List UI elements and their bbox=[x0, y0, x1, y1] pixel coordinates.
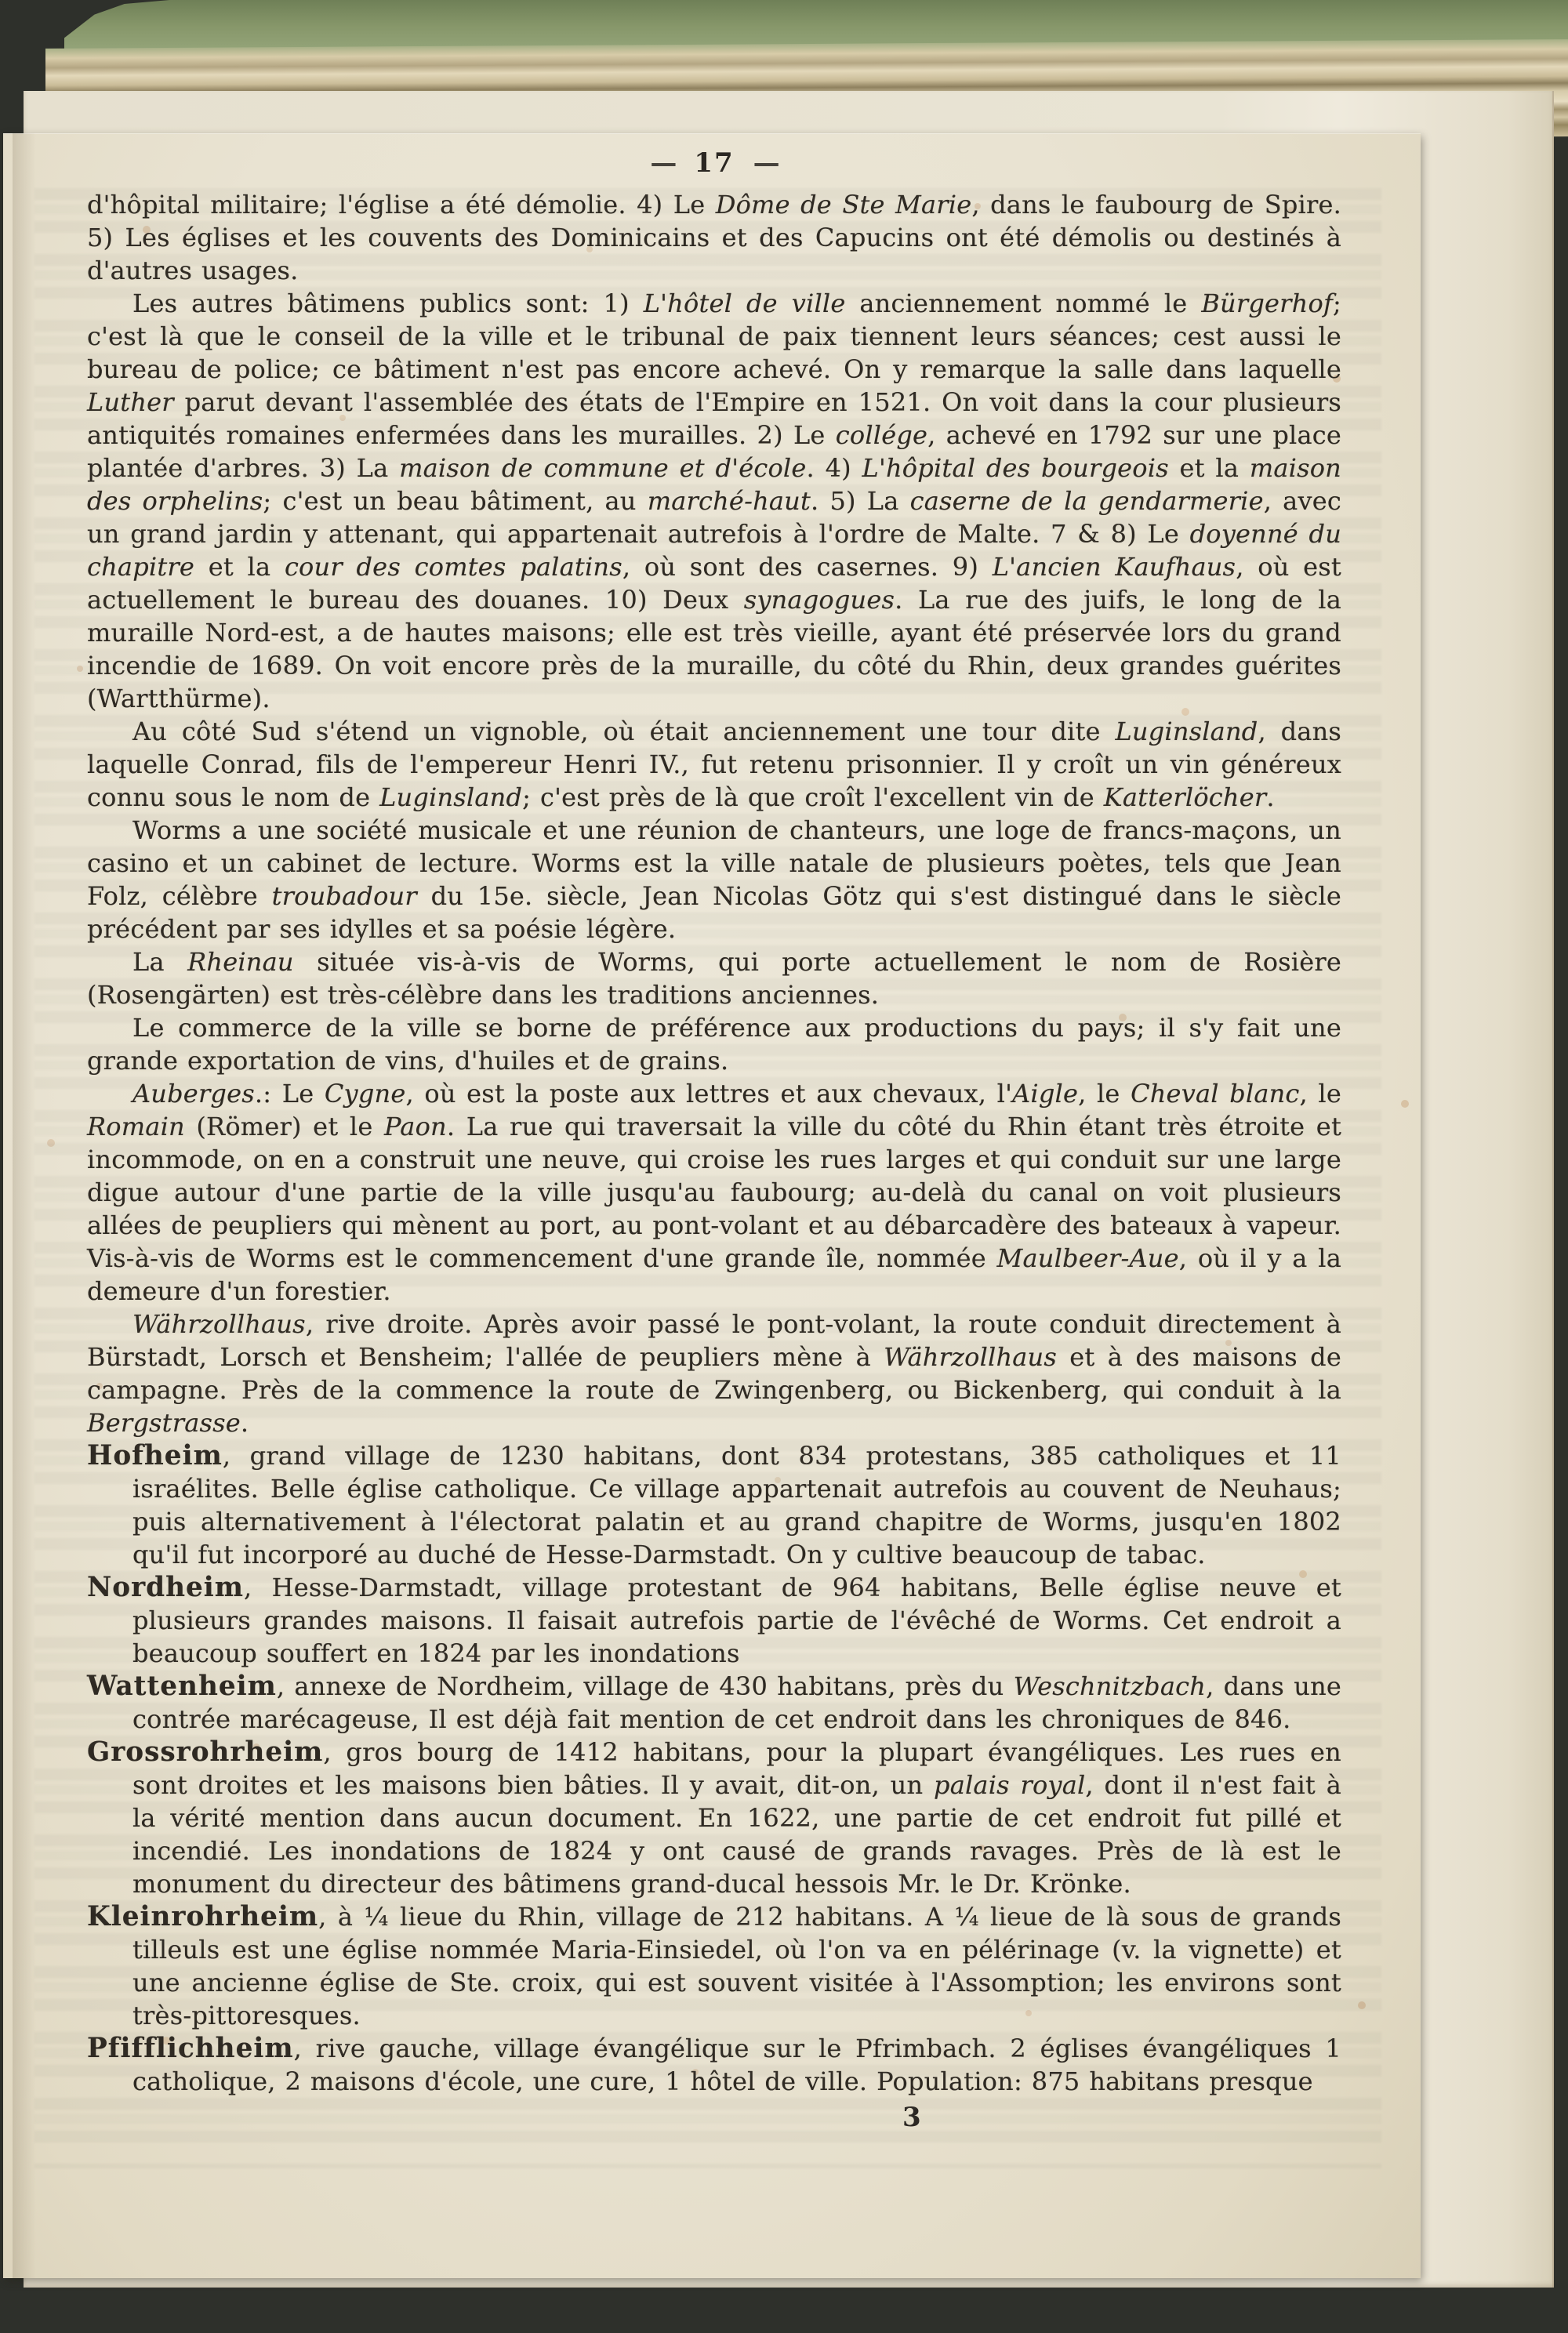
paragraph: Währzollhaus, rive droite. Après avoir p… bbox=[87, 1308, 1341, 1439]
body-text: (Römer) et le bbox=[185, 1112, 384, 1141]
body-text: , le bbox=[1078, 1079, 1131, 1108]
body-text: . 5) La bbox=[811, 486, 910, 516]
paragraph: d'hôpital militaire; l'église a été démo… bbox=[87, 188, 1341, 287]
paragraph: La Rheinau située vis-à-vis de Worms, qu… bbox=[87, 945, 1341, 1011]
body-text: et la bbox=[194, 552, 285, 582]
italic-text: Weschnitzbach bbox=[1014, 1671, 1206, 1701]
village-entry: Pfifflichheim, rive gauche, village évan… bbox=[87, 2032, 1341, 2098]
body-text: anciennement nommé le bbox=[845, 288, 1201, 318]
body-text: d'hôpital militaire; l'église a été démo… bbox=[87, 190, 716, 220]
italic-text: Auberges bbox=[132, 1079, 255, 1108]
italic-text: Cheval blanc bbox=[1131, 1079, 1299, 1108]
body-text: , annexe de Nordheim, village de 430 hab… bbox=[277, 1671, 1014, 1701]
italic-text: Luginsland bbox=[379, 782, 522, 812]
italic-text: Bürgerhof bbox=[1201, 288, 1333, 318]
paragraph: Le commerce de la ville se borne de préf… bbox=[87, 1011, 1341, 1077]
italic-text: L'ancien Kaufhaus bbox=[993, 552, 1236, 582]
italic-text: Katterlöcher bbox=[1104, 782, 1267, 812]
italic-text: Maulbeer-Aue bbox=[997, 1243, 1179, 1273]
entry-head: Wattenheim bbox=[87, 1671, 277, 1702]
italic-text: Luginsland bbox=[1115, 717, 1258, 746]
village-entry: Hofheim, grand village de 1230 habitans,… bbox=[87, 1439, 1341, 1571]
body-text: . bbox=[241, 1408, 249, 1438]
entry-head: Pfifflichheim bbox=[87, 2033, 294, 2064]
italic-text: Cygne bbox=[325, 1079, 406, 1108]
entry-head: Nordheim bbox=[87, 1572, 244, 1603]
header-dash-left: — bbox=[650, 147, 675, 179]
body-text: , grand village de 1230 habitans, dont 8… bbox=[132, 1441, 1341, 1569]
page-text: d'hôpital militaire; l'église a été démo… bbox=[87, 188, 1341, 2098]
italic-text: troubadour bbox=[272, 881, 417, 911]
body-text: , où sont des casernes. 9) bbox=[622, 552, 993, 582]
body-text: Le commerce de la ville se borne de préf… bbox=[87, 1013, 1341, 1076]
entry-head: Hofheim bbox=[87, 1440, 223, 1471]
body-text: , le bbox=[1300, 1079, 1341, 1108]
italic-text: L'hôpital des bourgeois bbox=[862, 453, 1169, 483]
italic-text: maison de commune et d'école bbox=[399, 453, 806, 483]
village-entry: Kleinrohrheim, à ¼ lieue du Rhin, villag… bbox=[87, 1900, 1341, 2032]
italic-text: Luther bbox=[87, 387, 174, 417]
body-text: ; c'est un beau bâtiment, au bbox=[263, 486, 647, 516]
body-text: , où est la poste aux lettres et aux che… bbox=[405, 1079, 1012, 1108]
italic-text: caserne de la gendarmerie bbox=[910, 486, 1264, 516]
italic-text: Währzollhaus bbox=[884, 1342, 1057, 1372]
italic-text: palais royal bbox=[934, 1770, 1085, 1800]
italic-text: Dôme de Ste Marie bbox=[716, 190, 972, 220]
italic-text: Romain bbox=[87, 1112, 185, 1141]
body-text: Au côté Sud s'étend un vignoble, où étai… bbox=[132, 717, 1115, 746]
header-dash-right: — bbox=[753, 147, 779, 179]
body-text: , Hesse-Darmstadt, village protestant de… bbox=[132, 1573, 1341, 1668]
italic-text: L'hôtel de ville bbox=[644, 288, 846, 318]
italic-text: cour des comtes palatins bbox=[285, 552, 622, 582]
village-entry: Grossrohrheim, gros bourg de 1412 habita… bbox=[87, 1736, 1341, 1900]
body-text: La bbox=[132, 947, 187, 977]
paragraph: Au côté Sud s'étend un vignoble, où étai… bbox=[87, 715, 1341, 814]
signature-line: 3 bbox=[87, 2099, 1341, 2135]
page-header: —17— bbox=[87, 146, 1341, 180]
body-text: .: Le bbox=[255, 1079, 325, 1108]
entry-head: Grossrohrheim bbox=[87, 1736, 323, 1768]
italic-text: Rheinau bbox=[187, 947, 294, 977]
body-text: Les autres bâtimens publics sont: 1) bbox=[132, 288, 644, 318]
book-page: —17— d'hôpital militaire; l'église a été… bbox=[3, 133, 1421, 2278]
paragraph: Les autres bâtimens publics sont: 1) L'h… bbox=[87, 287, 1341, 715]
italic-text: Bergstrasse bbox=[87, 1408, 241, 1438]
body-text: . 4) bbox=[807, 453, 862, 483]
village-entry: Nordheim, Hesse-Darmstadt, village prote… bbox=[87, 1571, 1341, 1670]
paragraph: Auberges.: Le Cygne, où est la poste aux… bbox=[87, 1077, 1341, 1308]
scan-background: —17— d'hôpital militaire; l'église a été… bbox=[0, 0, 1568, 2333]
italic-text: Währzollhaus bbox=[132, 1309, 306, 1339]
paragraph: Worms a une société musicale et une réun… bbox=[87, 814, 1341, 945]
italic-text: collége bbox=[836, 420, 927, 450]
body-text: et la bbox=[1169, 453, 1250, 483]
italic-text: marché-haut bbox=[648, 486, 811, 516]
italic-text: Aigle bbox=[1012, 1079, 1078, 1108]
page-number: 17 bbox=[694, 147, 734, 179]
italic-text: Paon bbox=[384, 1112, 447, 1141]
body-text: ; c'est près de là que croît l'excellent… bbox=[522, 782, 1104, 812]
village-entry: Wattenheim, annexe de Nordheim, village … bbox=[87, 1670, 1341, 1736]
body-text: . bbox=[1266, 782, 1274, 812]
foxing-spots bbox=[3, 133, 8, 138]
entry-head: Kleinrohrheim bbox=[87, 1901, 318, 1932]
signature-mark: 3 bbox=[902, 2102, 921, 2133]
italic-text: synagogues bbox=[744, 585, 895, 615]
body-text: , rive gauche, village évangélique sur l… bbox=[132, 2034, 1341, 2096]
